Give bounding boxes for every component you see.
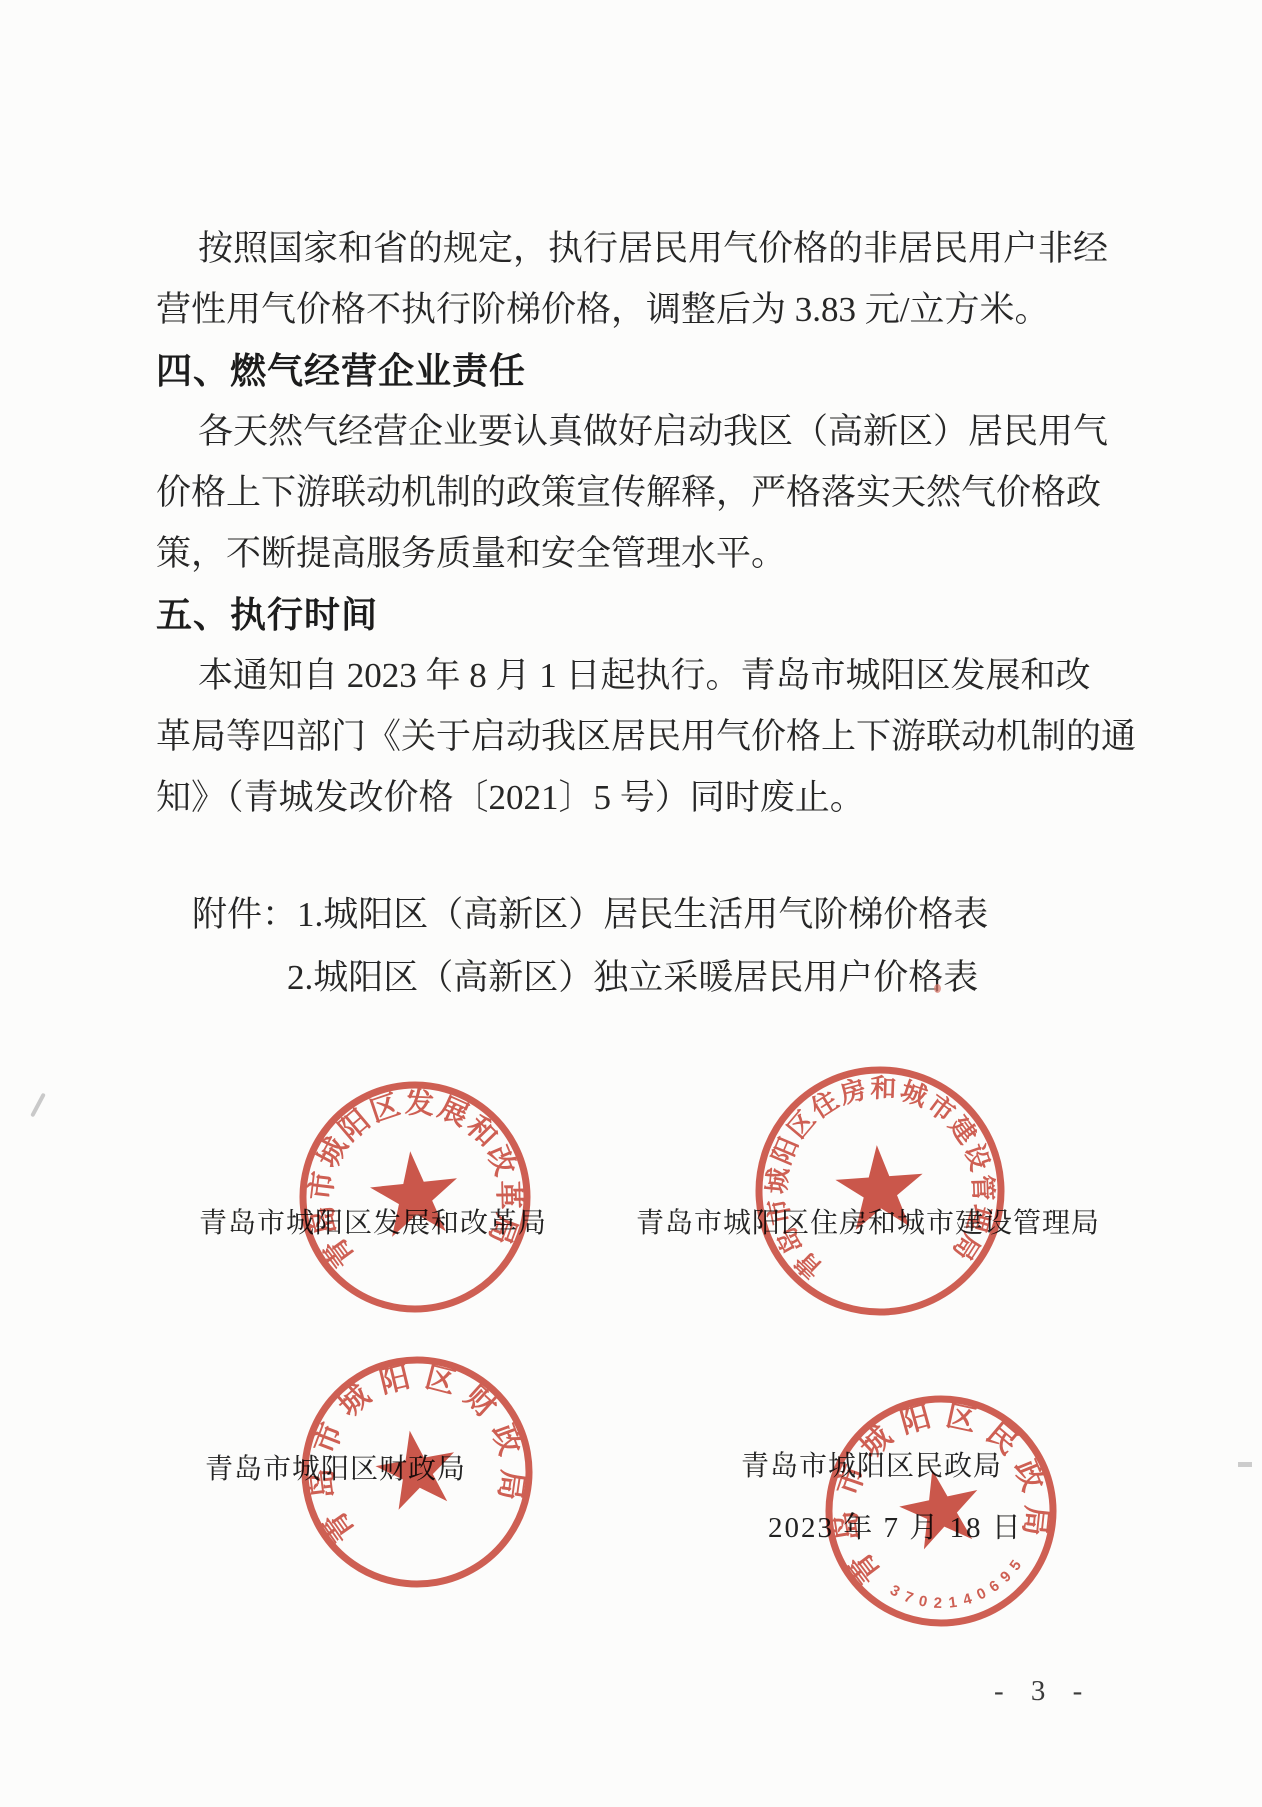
body-line: 知》（青城发改价格〔2021〕5 号）同时废止。 (156, 767, 1126, 828)
body-line: 价格上下游联动机制的政策宣传解释，严格落实天然气价格政 (156, 462, 1126, 523)
official-seal-fagaiju: 青岛市城阳区发展和改革局 (295, 1077, 535, 1317)
section-heading-4: 四、燃气经营企业责任 (156, 340, 1126, 401)
body-line: 本通知自 2023 年 8 月 1 日起执行。青岛市城阳区发展和改 (156, 645, 1126, 706)
scan-smudge-right (1238, 1462, 1252, 1467)
document-page: 按照国家和省的规定，执行居民用气价格的非居民用户非经 营性用气价格不执行阶梯价格… (0, 0, 1262, 1807)
section-heading-5: 五、执行时间 (156, 584, 1126, 645)
star-icon (370, 1424, 462, 1513)
body-line: 策，不断提高服务质量和安全管理水平。 (156, 523, 1126, 584)
official-seal-zhujianju: 青岛市城阳区住房和城市建设管理局 (751, 1062, 1009, 1320)
scan-smudge-left (30, 1093, 46, 1118)
body-line: 营性用气价格不执行阶梯价格，调整后为 3.83 元/立方米。 (156, 279, 1126, 340)
page-number: - 3 - (994, 1675, 1092, 1708)
official-seal-minzhengju: 青岛市城阳区民政局 3702140695 (821, 1391, 1061, 1631)
star-icon (833, 1142, 926, 1231)
attachment-list: 附件：1.城阳区（高新区）居民生活用气阶梯价格表 2.城阳区（高新区）独立采暖居… (192, 883, 988, 1009)
body-line: 各天然气经营企业要认真做好启动我区（高新区）居民用气 (156, 401, 1126, 462)
attachment-item-1: 附件：1.城阳区（高新区）居民生活用气阶梯价格表 (192, 883, 988, 946)
attachment-item-2: 2.城阳区（高新区）独立采暖居民用户价格表 (192, 946, 988, 1009)
red-ink-speck (934, 984, 941, 993)
body-line: 革局等四部门《关于启动我区居民用气价格上下游联动机制的通 (156, 706, 1126, 767)
document-body: 按照国家和省的规定，执行居民用气价格的非居民用户非经 营性用气价格不执行阶梯价格… (156, 218, 1126, 828)
star-icon (893, 1462, 987, 1553)
star-icon (367, 1147, 463, 1239)
body-line: 按照国家和省的规定，执行居民用气价格的非居民用户非经 (156, 218, 1126, 279)
official-seal-caizhengju: 青岛市城阳区财政局 (297, 1352, 537, 1592)
